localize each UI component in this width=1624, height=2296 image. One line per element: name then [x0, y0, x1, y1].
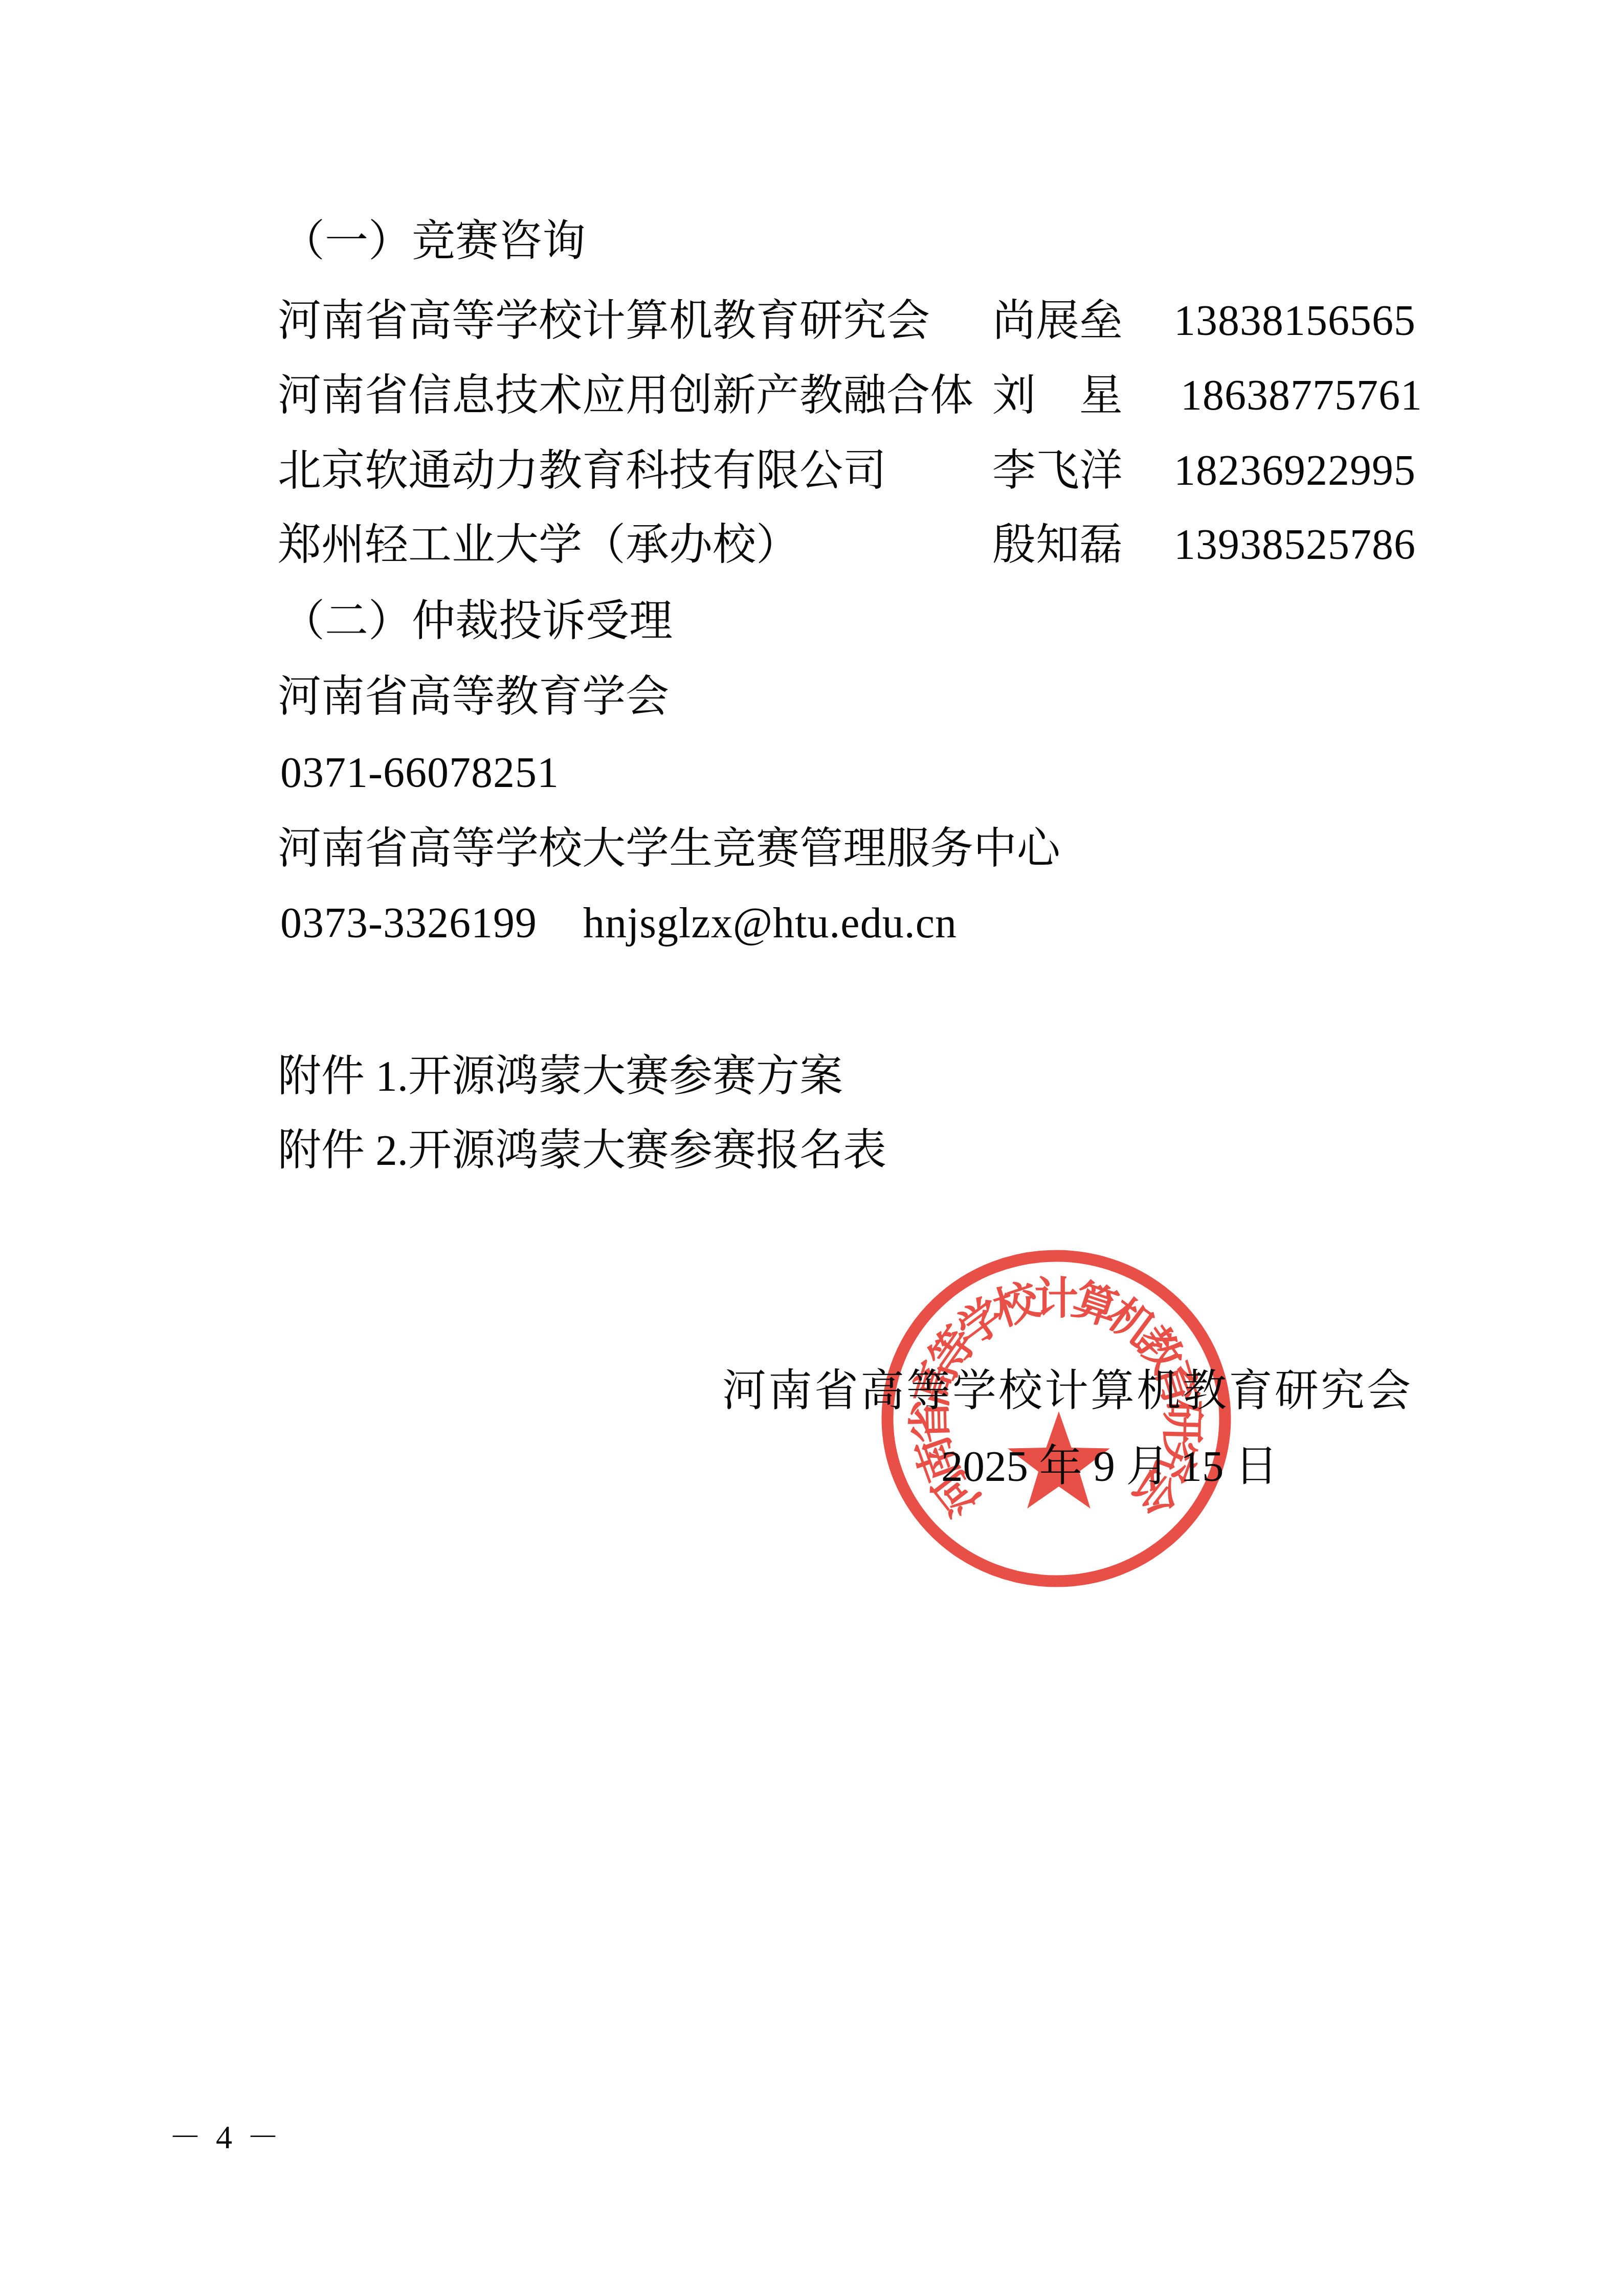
contact-org: 河南省高等学校计算机教育研究会: [278, 293, 930, 349]
contact-org: 郑州轻工业大学（承办校）: [278, 517, 799, 573]
attachment-item: 附件 2.开源鸿蒙大赛参赛报名表: [278, 1122, 886, 1179]
section-consult-title: （一）竞赛咨询: [281, 213, 586, 269]
contact-phone: 18236922995: [1174, 443, 1416, 499]
contact-name: 李飞洋: [992, 443, 1123, 499]
arbitration-org2: 河南省高等学校大学生竞赛管理服务中心: [278, 821, 1060, 877]
contact-org: 北京软通动力教育科技有限公司: [278, 443, 886, 499]
signature-date: 2025 年 9 月 15 日: [941, 1438, 1278, 1495]
arbitration-org2-phone: 0373-3326199: [280, 895, 537, 952]
contact-name: 尚展垒: [992, 293, 1123, 349]
section-arbitration-title: （二）仲裁投诉受理: [281, 593, 673, 649]
attachment-item: 附件 1.开源鸿蒙大赛参赛方案: [278, 1048, 843, 1105]
contact-phone: 18638775761: [1181, 368, 1422, 424]
contact-phone: 13938525786: [1174, 517, 1416, 573]
arbitration-org1: 河南省高等教育学会: [278, 669, 669, 725]
contact-phone: 13838156565: [1174, 293, 1416, 349]
arbitration-org1-phone: 0371-66078251: [280, 745, 559, 801]
signature-org: 河南省高等学校计算机教育研究会: [722, 1363, 1413, 1419]
contact-name: 殷知磊: [992, 517, 1123, 573]
arbitration-org2-email: hnjsglzx@htu.edu.cn: [583, 895, 957, 952]
official-seal: 河南省高等学校计算机教育研究会: [849, 1217, 1263, 1621]
contact-org: 河南省信息技术应用创新产教融合体: [278, 368, 973, 424]
document-page: （一）竞赛咨询 河南省高等学校计算机教育研究会 尚展垒 13838156565 …: [0, 0, 1624, 2296]
contact-name: 刘 星: [992, 368, 1123, 424]
page-number: － 4 －: [169, 2117, 282, 2158]
